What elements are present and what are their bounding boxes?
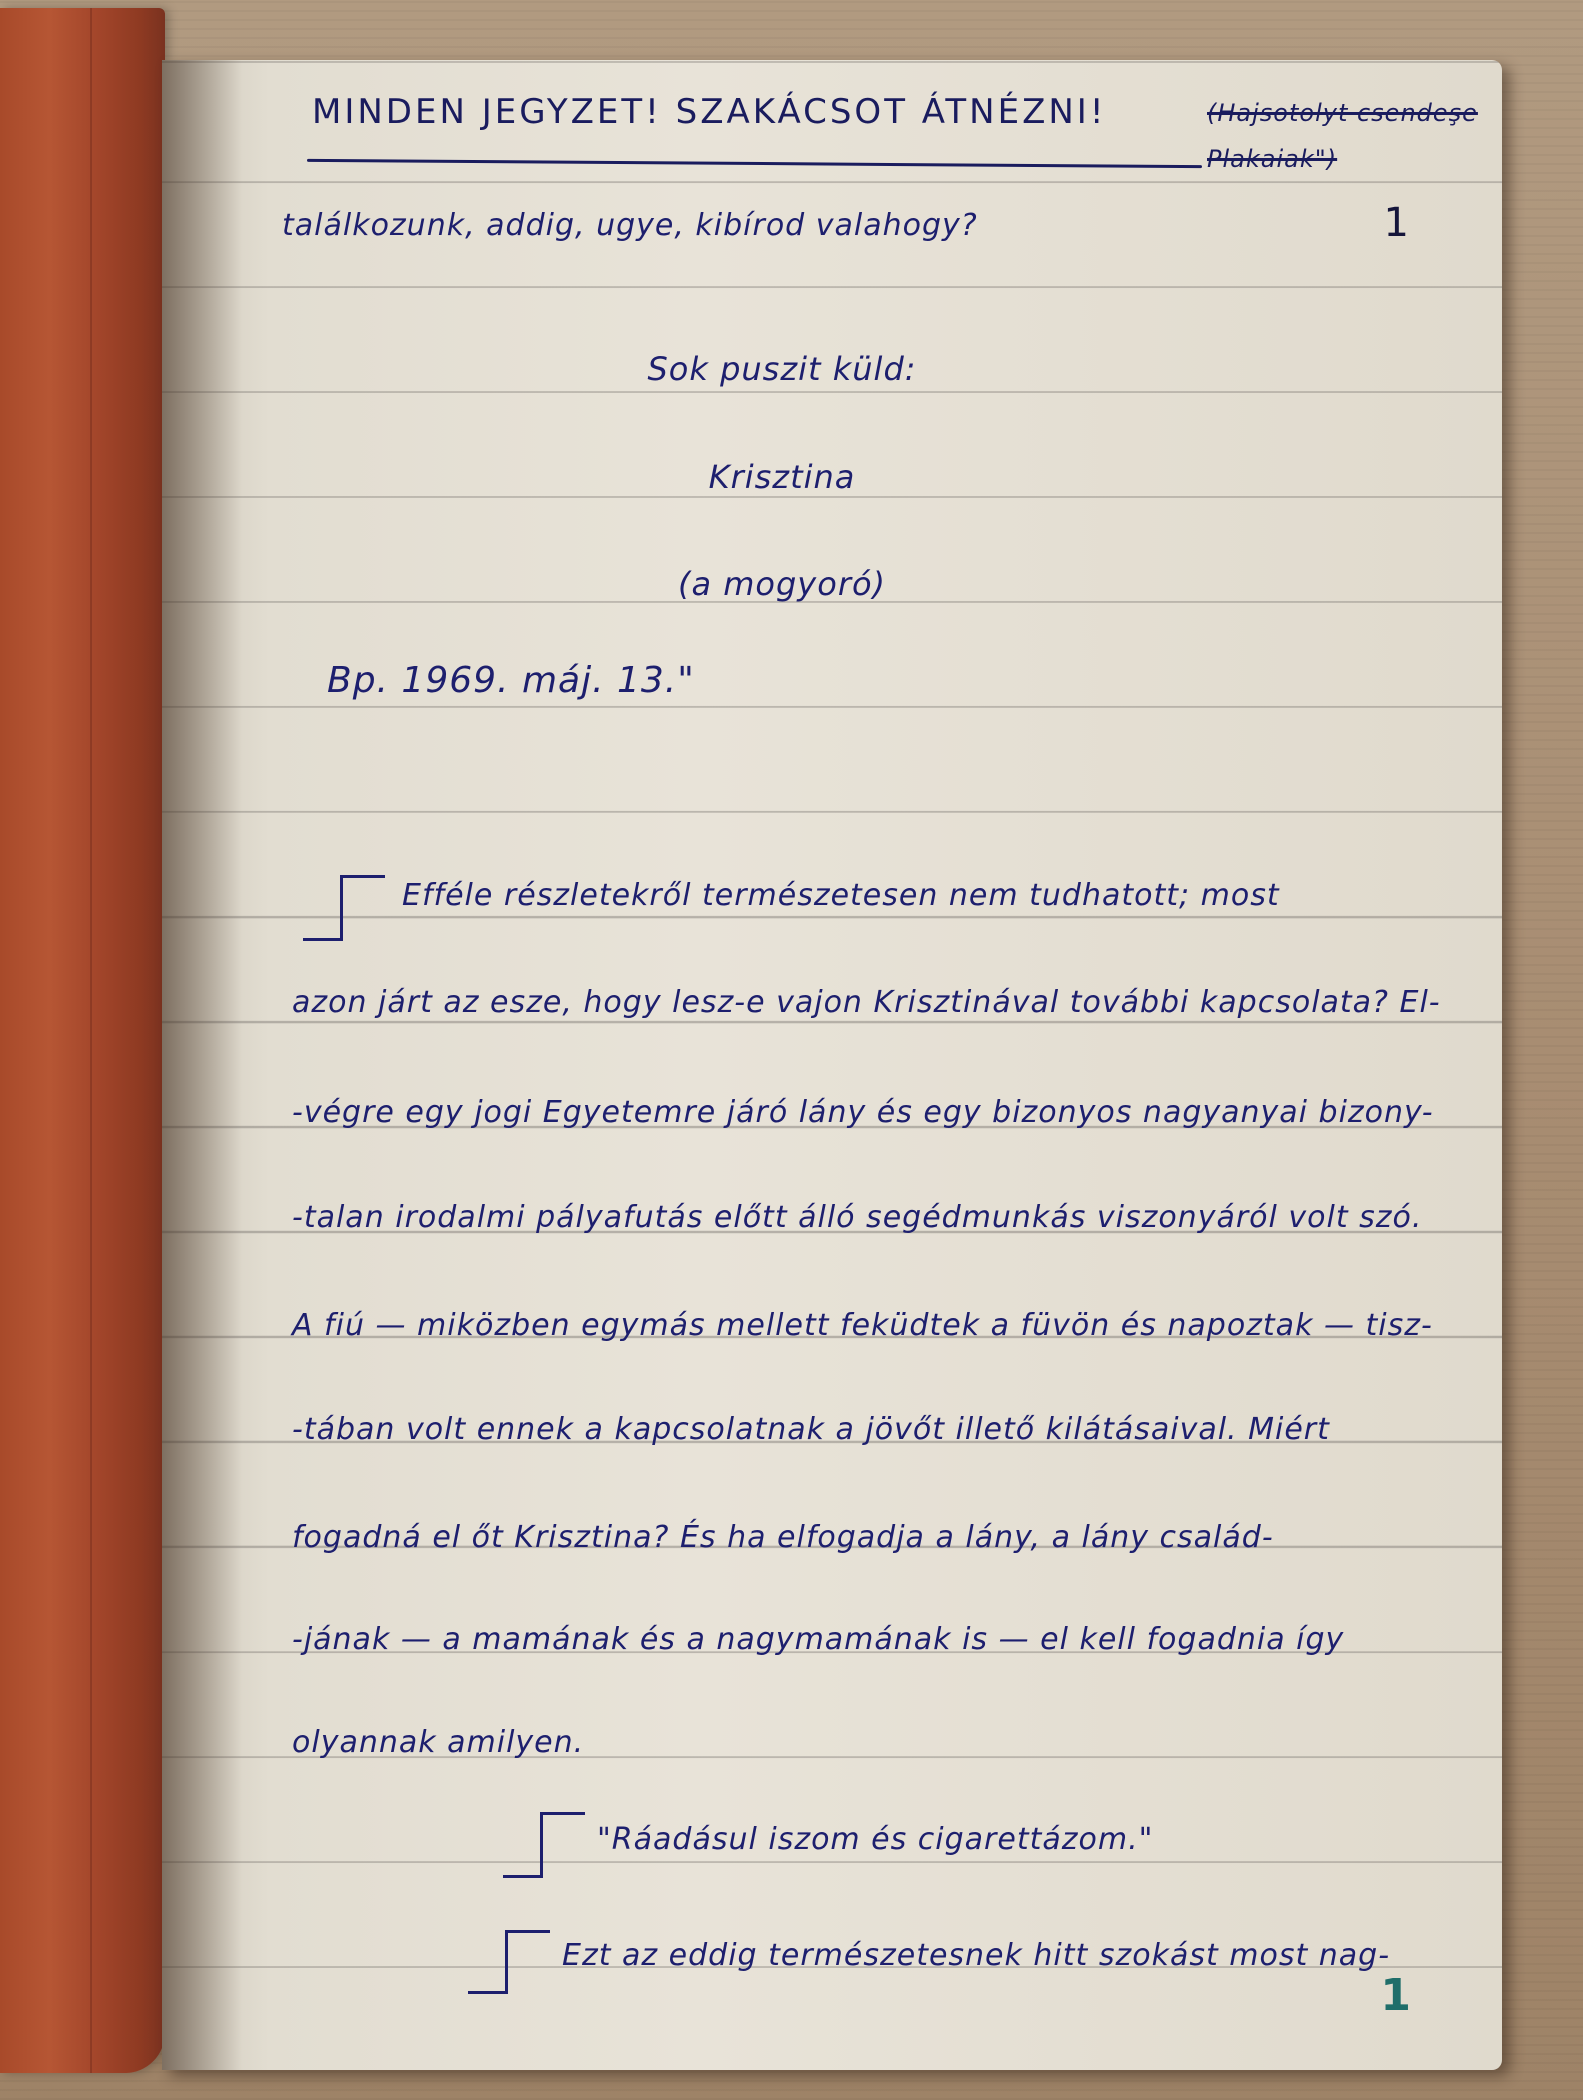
signature: Krisztina	[162, 458, 1402, 496]
paragraph-line: fogadná el őt Krisztina? És ha elfogadja…	[292, 1520, 1442, 1555]
bottom-page-number: 1	[1380, 1970, 1412, 2021]
cover-fold	[90, 8, 92, 2073]
paragraph-bracket-mark	[540, 1812, 585, 1875]
paragraph-line: -jának — a mamának és a nagymamának is —…	[292, 1622, 1442, 1657]
paragraph-line: Ezt az eddig természetesnek hitt szokást…	[562, 1938, 1502, 1973]
paragraph-line: -talan irodalmi pályafutás előtt álló se…	[292, 1200, 1442, 1235]
paragraph-line: azon járt az esze, hogy lesz-e vajon Kri…	[292, 985, 1442, 1020]
paragraph-bracket-mark	[340, 875, 385, 938]
struck-note-line-1: (Hajsotolyt csendeşe	[1207, 99, 1478, 127]
heading-underline	[307, 159, 1202, 168]
struck-note-line-2: Plakaiak")	[1207, 145, 1337, 173]
salutation: Sok puszit küld:	[162, 350, 1402, 388]
paragraph-bracket-mark	[505, 1930, 550, 1991]
paragraph-line: olyannak amilyen.	[292, 1725, 1442, 1760]
paragraph-line: -végre egy jogi Egyetemre járó lány és e…	[292, 1095, 1442, 1130]
paragraph-line: A fiú — miközben egymás mellett feküdtek…	[292, 1308, 1442, 1343]
struck-aside-note: (Hajsotolyt csendeşe Plakaiak")	[1207, 90, 1478, 182]
paragraph-line: Efféle részletekről természetesen nem tu…	[402, 878, 1502, 913]
paragraph-line: -tában volt ennek a kapcsolatnak a jövőt…	[292, 1412, 1442, 1447]
manuscript-page: MINDEN JEGYZET! SZAKÁCSOT ÁTNÉZNI! (Hajs…	[162, 60, 1502, 2070]
opening-line: találkozunk, addig, ugye, kibírod valaho…	[282, 208, 1432, 243]
date-line: Bp. 1969. máj. 13."	[327, 660, 695, 701]
nickname: (a mogyoró)	[162, 565, 1402, 603]
paragraph-line: "Ráadásul iszom és cigarettázom."	[597, 1822, 1502, 1857]
notebook-cover	[0, 8, 165, 2073]
page-heading: MINDEN JEGYZET! SZAKÁCSOT ÁTNÉZNI!	[312, 92, 1106, 132]
